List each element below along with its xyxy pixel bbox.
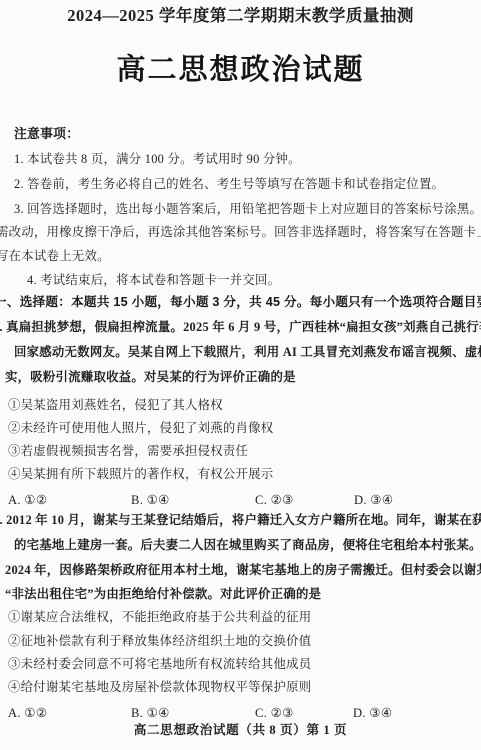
question-2-statement-4: ④给付谢某宅基地及房屋补偿款体现物权平等保护原则 [8,681,311,693]
notice-item-3-line-1: 3. 回答选择题时，选出每小题答案后，用铅笔把答题卡上对应题目的答案标号涂黑。如 [14,203,481,215]
question-2-choice-d: D. ③④ [353,705,392,721]
question-2-choice-b: B. ①④ [131,705,170,721]
question-1-choice-a: A. ①② [8,492,47,508]
exam-session-title: 2024—2025 学年度第二学期期末教学质量抽测 [0,8,481,25]
question-2-choices-row: A. ①② B. ①④ C. ②③ D. ③④ [0,705,481,721]
question-2-choice-a: A. ①② [8,705,47,721]
question-2-choice-c: C. ②③ [255,705,294,721]
question-1-stem-line-3: 实，吸粉引流赚取收益。对吴某的行为评价正确的是 [5,371,296,383]
exam-paper-page: 2024—2025 学年度第二学期期末教学质量抽测 高二思想政治试题 注意事项：… [0,0,481,750]
question-1-choice-d: D. ③④ [354,492,393,508]
paper-title: 高二思想政治试题 [0,56,481,85]
question-2-statement-3: ③未经村委会同意不可将宅基地所有权流转给其他成员 [8,658,311,670]
question-2-statement-1: ①谢某应合法维权，不能拒绝政府基于公共利益的征用 [8,611,311,623]
question-1-choices-row: A. ①② B. ①④ C. ②③ D. ③④ [0,492,481,508]
notice-item-3-line-2: 需改动，用橡皮擦干净后，再选涂其他答案标号。回答非选择题时，将答案写在答题卡上。 [0,226,481,238]
question-2-stem-line-3: 2024 年，因修路架桥政府征用本村土地，谢某宅基地上的房子需搬迁。但村委会以谢… [5,564,481,576]
notice-item-1: 1. 本试卷共 8 页，满分 100 分。考试用时 90 分钟。 [14,153,301,165]
notice-item-3-line-3: 写在本试卷上无效。 [0,250,110,262]
question-1-statement-3: ③若虚假视频损害名誉，需要承担侵权责任 [8,445,248,457]
question-1-statement-4: ④吴某拥有所下载照片的著作权，有权公开展示 [8,468,273,480]
question-2-stem-line-4: “非法出租住宅”为由拒绝给付补偿款。对此评价正确的是 [5,588,321,600]
question-2-statement-2: ②征地补偿款有利于释放集体经济组织土地的交换价值 [8,635,311,647]
page-footer-label: 高二思想政治试题（共 8 页）第 1 页 [0,724,481,737]
section-heading-multiple-choice: 一、选择题：本题共 15 小题，每小题 3 分，共 45 分。每小题只有一个选项… [0,296,481,309]
question-1-statement-2: ②未经许可使用他人照片，侵犯了刘燕的肖像权 [8,422,273,434]
question-1-stem-line-2: 回家感动无数网友。吴某自网上下载照片，利用 AI 工具冒充刘燕发布谣言视频、虚构… [14,346,481,358]
question-1-stem-line-1: 1. 真扁担挑梦想，假扁担榨流量。2025 年 6 月 9 号，广西桂林“扁担女… [0,321,481,333]
notice-item-4: 4. 考试结束后，将本试卷和答题卡一并交回。 [27,274,280,286]
question-1-statement-1: ①吴某盗用刘燕姓名，侵犯了其人格权 [8,399,223,411]
notice-item-2: 2. 答卷前，考生务必将自己的姓名、考生号等填写在答题卡和试卷指定位置。 [14,178,444,190]
question-2-stem-line-1: 2. 2012 年 10 月，谢某与王某登记结婚后，将户籍迁入女方户籍所在地。同… [0,514,481,526]
question-2-stem-line-2: 的宅基地上建房一套。后夫妻二人因在城里购买了商品房，便将住宅租给本村张某。 [14,539,481,551]
question-1-choice-c: C. ②③ [255,492,294,508]
notice-heading: 注意事项： [14,128,79,141]
question-1-choice-b: B. ①④ [131,492,170,508]
